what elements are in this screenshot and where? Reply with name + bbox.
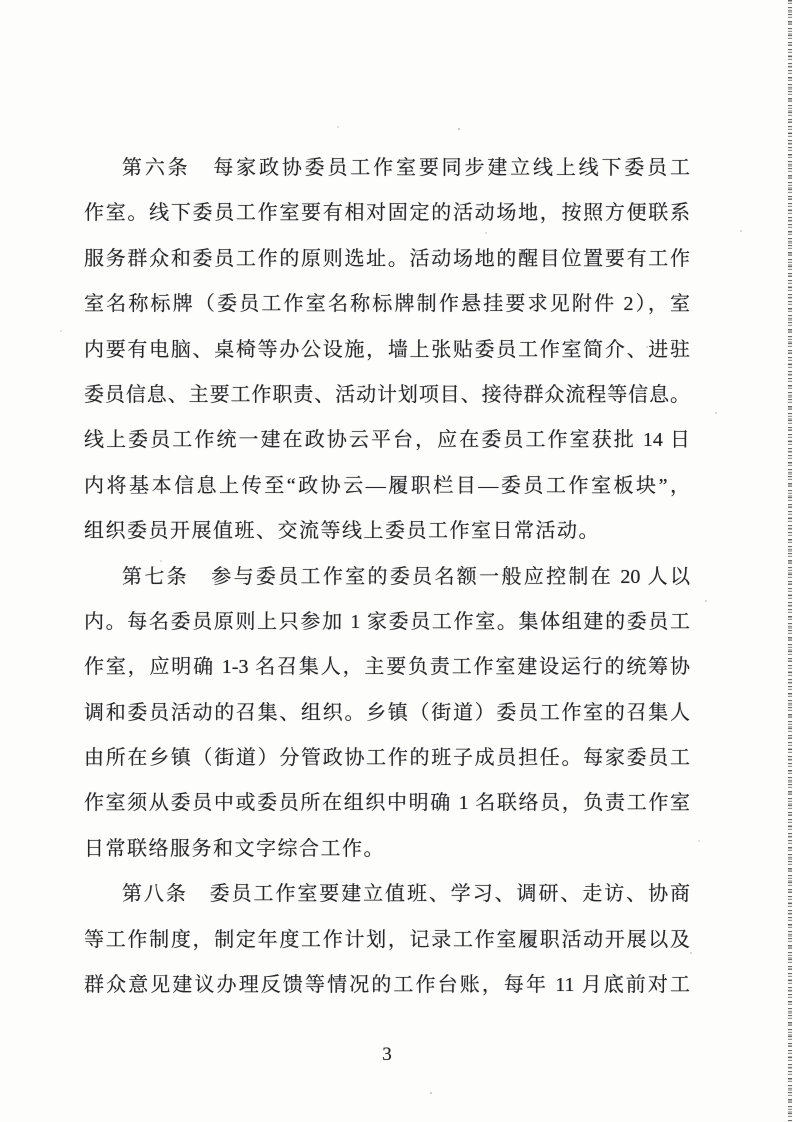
scan-noise-specks: [0, 0, 2, 2]
text-line: 内要有电脑、桌椅等办公设施，墙上张贴委员工作室简介、进驻: [84, 328, 690, 373]
document-page: 第六条 每家政协委员工作室要同步建立线上线下委员工 作室。线下委员工作室要有相对…: [0, 0, 793, 1122]
text-line: 委员信息、主要工作职责、活动计划项目、接待群众流程等信息。: [84, 373, 690, 418]
document-body: 第六条 每家政协委员工作室要同步建立线上线下委员工 作室。线下委员工作室要有相对…: [84, 146, 690, 1008]
text-line: 群众意见建议办理反馈等情况的工作台账，每年 11 月底前对工: [84, 963, 690, 1008]
page-number: 3: [84, 1042, 690, 1068]
text-line: 日常联络服务和文字综合工作。: [84, 827, 690, 872]
scan-edge-artifact: [788, 0, 792, 1122]
text-line: 室名称标牌（委员工作室名称标牌制作悬挂要求见附件 2），室: [84, 282, 690, 327]
paragraph-article-7: 第七条 参与委员工作室的委员名额一般应控制在 20 人以 内。每名委员原则上只参…: [84, 555, 690, 873]
text-line: 内。每名委员原则上只参加 1 家委员工作室。集体组建的委员工: [84, 600, 690, 645]
text-line: 作室。线下委员工作室要有相对固定的活动场地，按照方便联系: [84, 191, 690, 236]
paragraph-article-8: 第八条 委员工作室要建立值班、学习、调研、走访、协商 等工作制度，制定年度工作计…: [84, 872, 690, 1008]
paragraph-article-6: 第六条 每家政协委员工作室要同步建立线上线下委员工 作室。线下委员工作室要有相对…: [84, 146, 690, 555]
text-line: 内将基本信息上传至“政协云—履职栏目—委员工作室板块”，: [84, 464, 690, 509]
text-line: 第六条 每家政协委员工作室要同步建立线上线下委员工: [84, 146, 690, 191]
text-line: 组织委员开展值班、交流等线上委员工作室日常活动。: [84, 509, 690, 554]
text-line: 服务群众和委员工作的原则选址。活动场地的醒目位置要有工作: [84, 237, 690, 282]
text-line: 线上委员工作统一建在政协云平台，应在委员工作室获批 14 日: [84, 418, 690, 463]
text-line: 第八条 委员工作室要建立值班、学习、调研、走访、协商: [84, 872, 690, 917]
text-line: 第七条 参与委员工作室的委员名额一般应控制在 20 人以: [84, 555, 690, 600]
text-line: 等工作制度，制定年度工作计划，记录工作室履职活动开展以及: [84, 918, 690, 963]
text-line: 由所在乡镇（街道）分管政协工作的班子成员担任。每家委员工: [84, 736, 690, 781]
text-line: 调和委员活动的召集、组织。乡镇（街道）委员工作室的召集人: [84, 691, 690, 736]
text-line: 作室须从委员中或委员所在组织中明确 1 名联络员，负责工作室: [84, 781, 690, 826]
text-line: 作室，应明确 1-3 名召集人，主要负责工作室建设运行的统筹协: [84, 645, 690, 690]
